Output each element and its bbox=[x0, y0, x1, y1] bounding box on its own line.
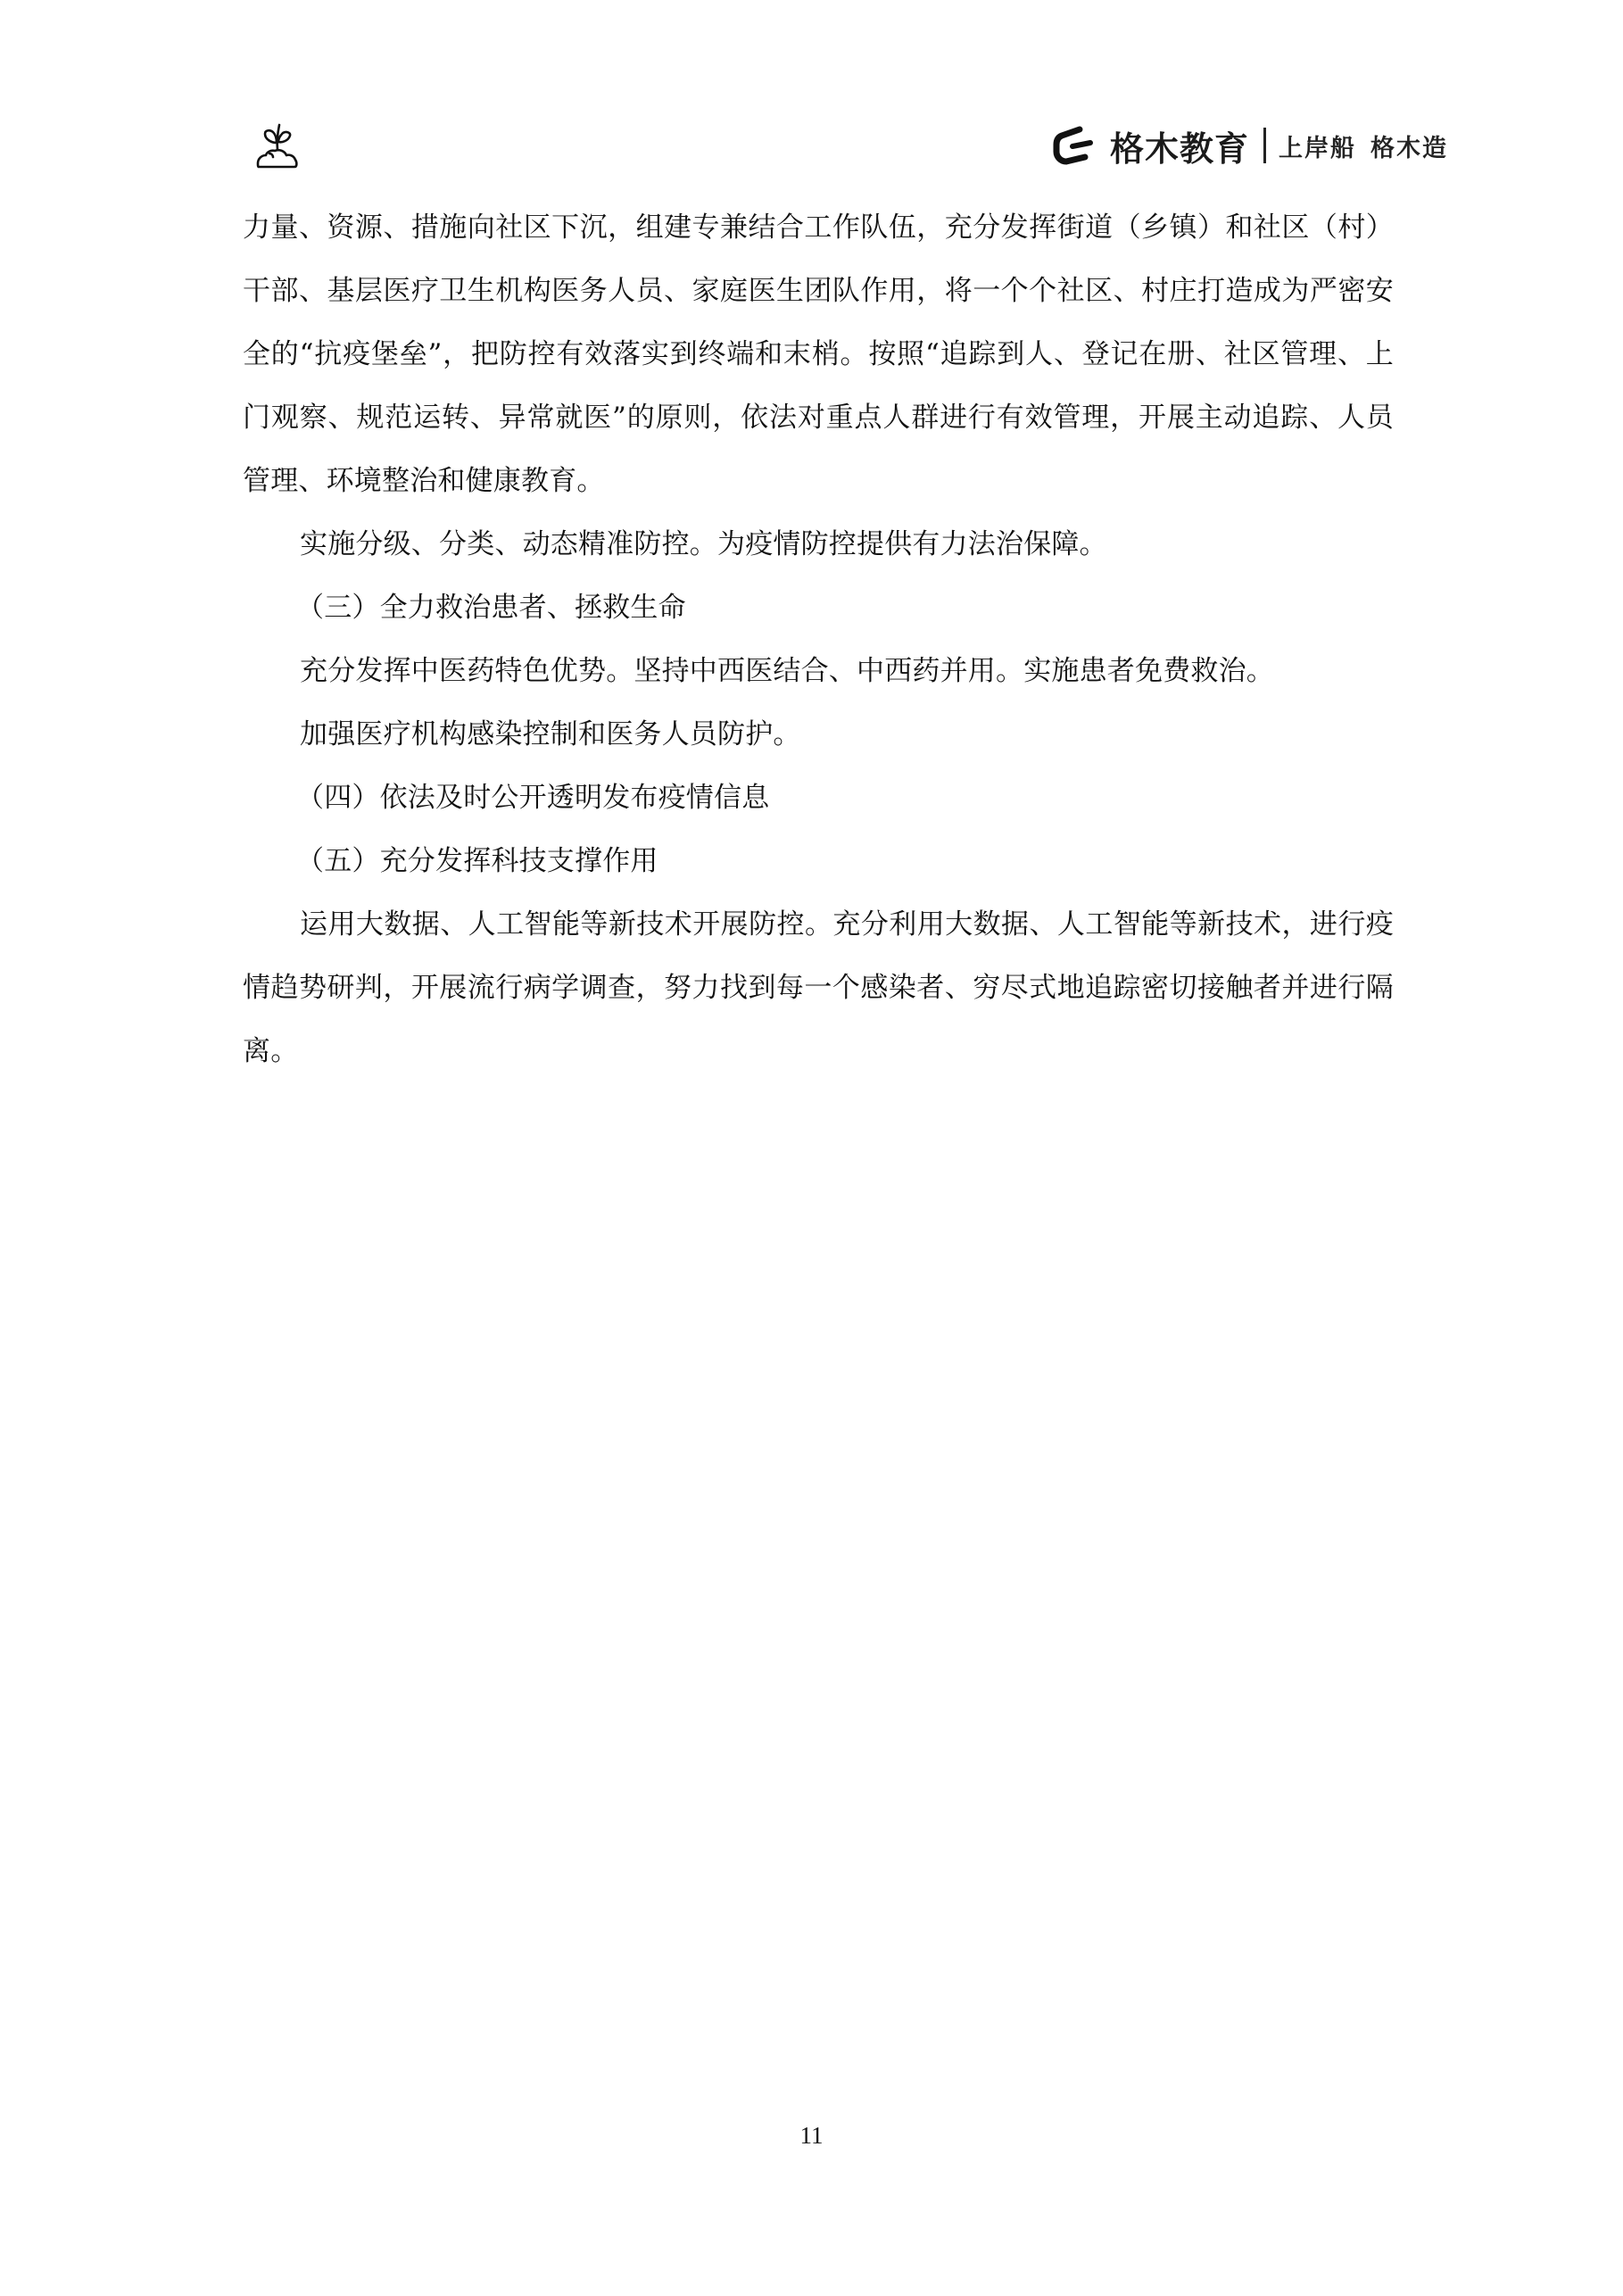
brand-divider bbox=[1263, 128, 1266, 163]
slogan-part: 上岸船 bbox=[1279, 135, 1356, 162]
paragraph: 实施分级、分类、动态精准防控。为疫情防控提供有力法治保障。 bbox=[243, 513, 1394, 576]
gemu-g-logo-icon bbox=[1053, 125, 1099, 166]
slogan-part: 格木造 bbox=[1370, 135, 1448, 162]
document-body: 力量、资源、措施向社区下沉，组建专兼结合工作队伍，充分发挥街道（乡镇）和社区（村… bbox=[243, 196, 1394, 1083]
section-heading: （五）充分发挥科技支撑作用 bbox=[243, 830, 1394, 893]
paragraph: 充分发挥中医药特色优势。坚持中西医结合、中西药并用。实施患者免费救治。 bbox=[243, 640, 1394, 703]
section-heading: （三）全力救治患者、拯救生命 bbox=[243, 576, 1394, 640]
page-header: 格木教育 上岸船格木造 bbox=[0, 0, 1623, 178]
paragraph-continuation: 力量、资源、措施向社区下沉，组建专兼结合工作队伍，充分发挥街道（乡镇）和社区（村… bbox=[243, 196, 1394, 513]
sprout-icon bbox=[252, 120, 302, 170]
brand-slogan: 上岸船格木造 bbox=[1279, 128, 1448, 163]
brand-logo: 格木教育 上岸船格木造 bbox=[1053, 123, 1448, 168]
paragraph: 运用大数据、人工智能等新技术开展防控。充分利用大数据、人工智能等新技术，进行疫情… bbox=[243, 893, 1394, 1083]
page-number: 11 bbox=[0, 2122, 1623, 2150]
brand-name: 格木教育 bbox=[1110, 121, 1249, 170]
paragraph: 加强医疗机构感染控制和医务人员防护。 bbox=[243, 703, 1394, 767]
section-heading: （四）依法及时公开透明发布疫情信息 bbox=[243, 767, 1394, 830]
